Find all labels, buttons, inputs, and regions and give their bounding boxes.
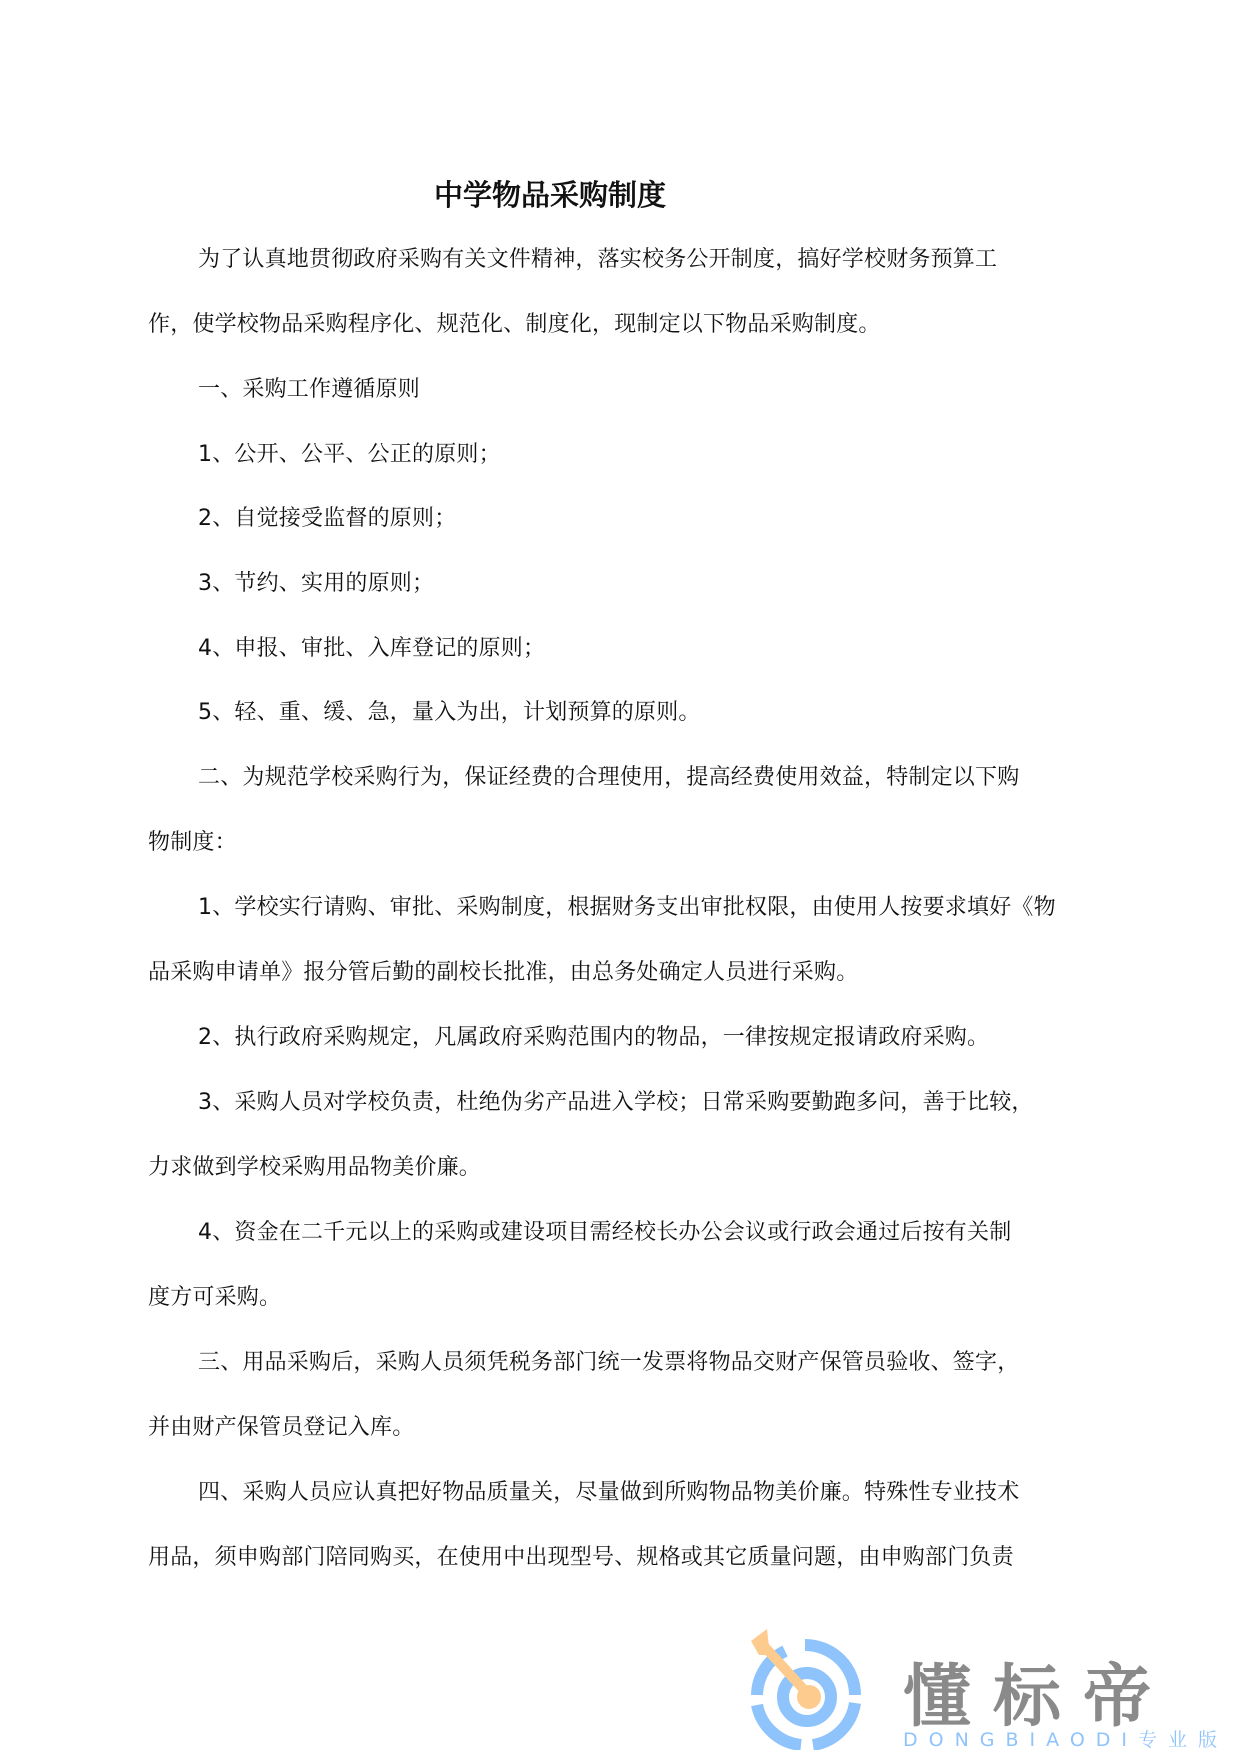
list-item: 1、学校实行请购、审批、采购制度，根据财务支出审批权限，由使用人按要求填好《物 xyxy=(198,893,1056,923)
paragraph-line: 物制度： xyxy=(148,828,237,858)
document-page: 中学物品采购制度 为了认真地贯彻政府采购有关文件精神，落实校务公开制度，搞好学校… xyxy=(0,0,1241,1754)
list-item: 5、轻、重、缓、急，量入为出，计划预算的原则。 xyxy=(198,698,701,728)
brand-watermark: 懂标帝 DONGBIAODI专业版 xyxy=(745,1625,1225,1750)
target-arrow-icon xyxy=(745,1625,875,1750)
paragraph-line: 作，使学校物品采购程序化、规范化、制度化，现制定以下物品采购制度。 xyxy=(148,310,881,340)
paragraph-line: 为了认真地贯彻政府采购有关文件精神，落实校务公开制度，搞好学校财务预算工 xyxy=(198,245,997,275)
section-heading: 二、为规范学校采购行为，保证经费的合理使用，提高经费使用效益，特制定以下购 xyxy=(198,763,1019,793)
paragraph-line: 用品，须申购部门陪同购买，在使用中出现型号、规格或其它质量问题，由申购部门负责 xyxy=(148,1543,1014,1573)
list-item: 2、自觉接受监督的原则； xyxy=(198,504,456,534)
document-title: 中学物品采购制度 xyxy=(0,173,1100,214)
list-item: 3、采购人员对学校负责，杜绝伪劣产品进入学校；日常采购要勤跑多问，善于比较， xyxy=(198,1088,1034,1118)
list-item: 3、节约、实用的原则； xyxy=(198,569,434,599)
paragraph-line: 度方可采购。 xyxy=(148,1283,281,1313)
list-item: 4、申报、审批、入库登记的原则； xyxy=(198,634,545,664)
section-heading: 一、采购工作遵循原则 xyxy=(198,375,420,405)
section-heading: 四、采购人员应认真把好物品质量关，尽量做到所购物品物美价廉。特殊性专业技术 xyxy=(198,1478,1019,1508)
paragraph-line: 并由财产保管员登记入库。 xyxy=(148,1413,414,1443)
list-item: 2、执行政府采购规定，凡属政府采购范围内的物品，一律按规定报请政府采购。 xyxy=(198,1023,989,1053)
brand-subtitle: DONGBIAODI专业版 xyxy=(903,1725,1228,1752)
paragraph-line: 力求做到学校采购用品物美价廉。 xyxy=(148,1153,481,1183)
list-item: 1、公开、公平、公正的原则； xyxy=(198,440,501,470)
list-item: 4、资金在二千元以上的采购或建设项目需经校长办公会议或行政会通过后按有关制 xyxy=(198,1218,1011,1248)
paragraph-line: 品采购申请单》报分管后勤的副校长批准，由总务处确定人员进行采购。 xyxy=(148,958,858,988)
section-heading: 三、用品采购后，采购人员须凭税务部门统一发票将物品交财产保管员验收、签字， xyxy=(198,1348,1019,1378)
